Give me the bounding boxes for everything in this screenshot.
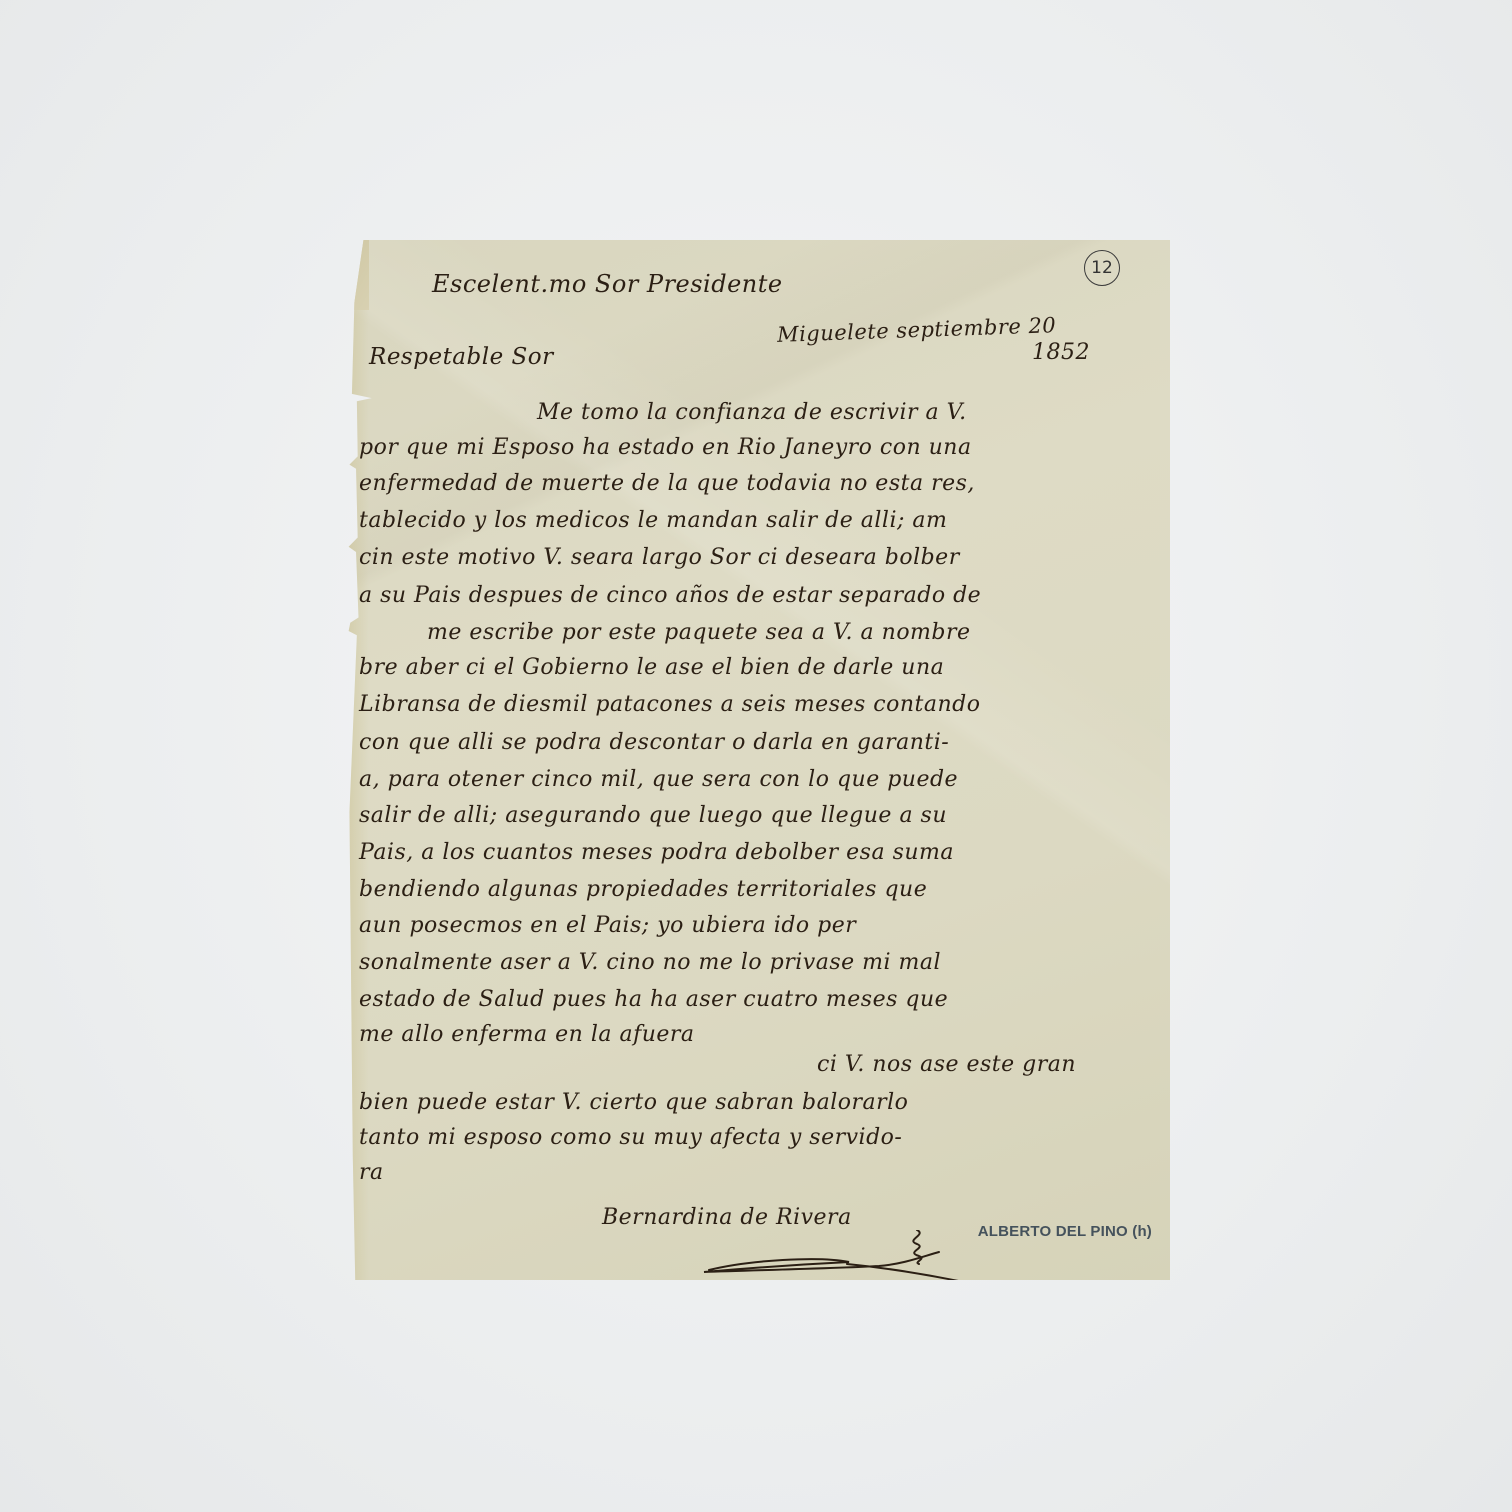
body-line: bre aber ci el Gobierno le ase el bien d…	[359, 655, 944, 680]
place-date: Miguelete septiembre 20	[777, 313, 1057, 347]
body-line: a su Pais despues de cinco años de estar…	[359, 583, 981, 608]
body-line: Pais, a los cuantos meses podra debolber…	[359, 840, 954, 865]
letter-year: 1852	[1032, 340, 1090, 365]
body-line: bendiendo algunas propiedades territoria…	[359, 877, 927, 902]
letter-sheet: 12 Escelent.mo Sor Presidente Miguelete …	[347, 240, 1170, 1280]
body-line: sonalmente aser a V. cino no me lo priva…	[359, 950, 941, 975]
body-line: ra	[359, 1160, 384, 1185]
body-line: bien puede estar V. cierto que sabran ba…	[359, 1090, 908, 1115]
body-line: me allo enferma en la afuera	[359, 1022, 695, 1047]
body-line: me escribe por este paquete sea a V. a n…	[427, 620, 971, 645]
body-line: tablecido y los medicos le mandan salir …	[359, 508, 947, 533]
body-line: Libransa de diesmil patacones a seis mes…	[359, 692, 980, 717]
body-line: salir de alli; asegurando que luego que …	[359, 803, 947, 828]
body-line: enfermedad de muerte de la que todavia n…	[359, 471, 975, 496]
collection-stamp: ALBERTO DEL PINO (h)	[978, 1223, 1152, 1240]
body-line: estado de Salud pues ha ha aser cuatro m…	[359, 987, 948, 1012]
body-line: tanto mi esposo como su muy afecta y ser…	[359, 1125, 902, 1150]
body-line: Me tomo la confianza de escrivir a V.	[537, 400, 967, 425]
body-line: ci V. nos ase este gran	[817, 1052, 1076, 1077]
body-line: a, para otener cinco mil, que sera con l…	[359, 767, 958, 792]
body-line: aun posecmos en el Pais; yo ubiera ido p…	[359, 913, 856, 938]
page-number-badge: 12	[1084, 250, 1120, 286]
body-line: por que mi Esposo ha estado en Rio Janey…	[359, 435, 972, 460]
salutation-header: Escelent.mo Sor Presidente	[432, 270, 783, 298]
body-line: con que alli se podra descontar o darla …	[359, 730, 949, 755]
page-number: 12	[1091, 258, 1113, 278]
body-line: cin este motivo V. seara largo Sor ci de…	[359, 545, 960, 570]
greeting: Respetable Sor	[369, 344, 554, 370]
signature: Bernardina de Rivera	[602, 1205, 852, 1230]
